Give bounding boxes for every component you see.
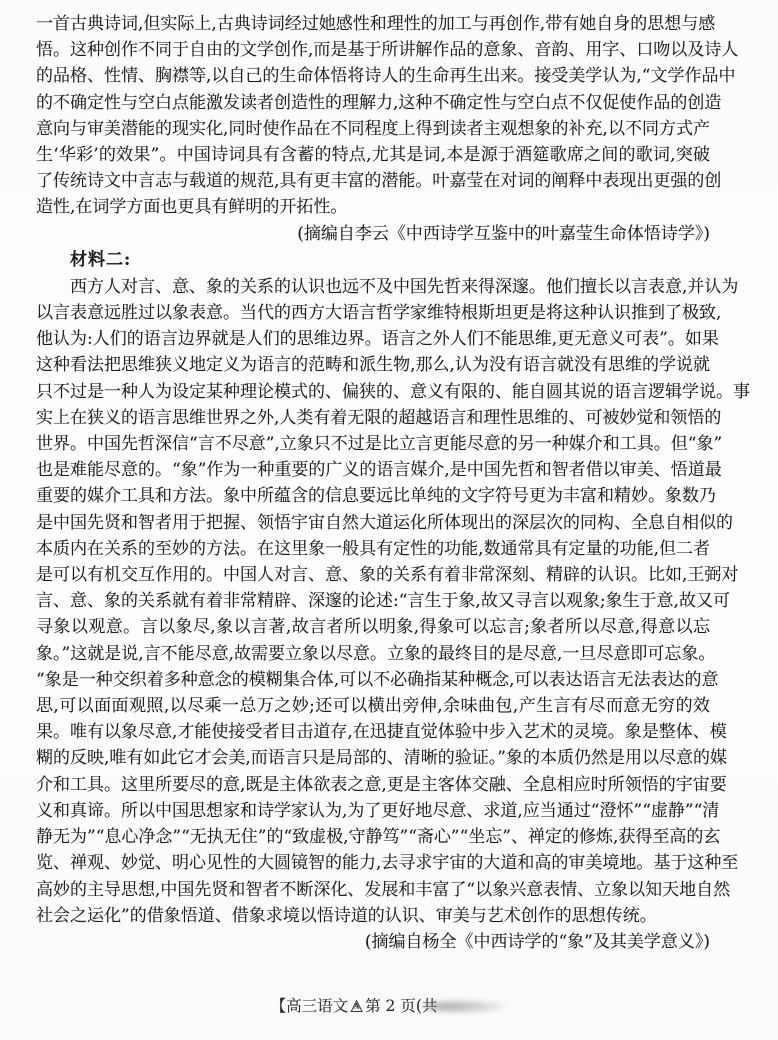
text-line: 悟。这种创作不同于自由的文学创作,而是基于所讲解作品的意象、音韵、用字、口吻以及… [36,37,710,63]
version-letter: A [354,1003,359,1010]
scanned-exam-page: 一首古典诗词,但实际上,古典诗词经过她感性和理性的加工与再创作,带有她自身的思想… [0,0,778,1040]
text-line: 高妙的主导思想,中国先贤和智者不断深化、发展和丰富了“以象兴意表情、立象以知天地… [36,877,710,903]
text-line: 览、禅观、妙觉、明心见性的大圆镜智的能力,去寻求宇宙的大道和高的审美境地。基于这… [36,850,710,876]
text-line: 生‘华彩’的效果”。中国诗词具有含蓄的特点,尤其是词,本是源于酒筵歌席之间的歌词… [36,142,710,168]
text-block: 一首古典诗词,但实际上,古典诗词经过她感性和理性的加工与再创作,带有她自身的思想… [36,11,710,955]
text-line: 介和工具。这里所要尽的意,既是主体欲表之意,更是主客体交融、全息相应时所领悟的宇… [36,772,710,798]
text-line: 的不确定性与空白点能激发读者创造性的理解力,这种不确定性与空白点不仅促使作品的创… [36,90,710,116]
text-line: 只不过是一种人为设定某种理论模式的、偏狭的、意义有限的、能自圆其说的语言逻辑学说… [36,379,710,405]
text-line: 本质内在关系的至妙的方法。在这里象一般具有定性的功能,数通常具有定量的功能,但二… [36,536,710,562]
text-line: 的品格、性情、胸襟等,以自己的生命体悟将诗人的生命再生出来。接受美学认为,“文学… [36,63,710,89]
text-line: 寻象以观意。言以象尽,象以言著,故言者所以明象,得象可以忘言;象者所以尽意,得意… [36,614,710,640]
text-line: 以言表意远胜过以象表意。当代的西方大语言哲学家维特根斯坦更是将这种认识推到了极致… [36,300,710,326]
text-line: “象是一种交织着多种意念的模糊集合体,可以不必确指某种概念,可以表达语言无法表达… [36,667,710,693]
material-two-paragraph: 西方人对言、意、象的关系的认识也远不及中国先哲来得深邃。他们擅长以言表意,并认为… [36,274,710,929]
text-line: 是可以有机交互作用的。中国人对言、意、象的关系有着非常深刻、精辟的认识。比如,王… [36,562,710,588]
text-line: 他认为:人们的语言边界就是人们的思维边界。语言之外人们不能思维,更无意义可表”。… [36,326,710,352]
text-line: 言、意、象的关系就有着非常精辟、深邃的论述:“言生于象,故又寻言以观象;象生于意… [36,588,710,614]
text-line: 思,可以面面观照,以尽乘一总万之妙;还可以横出旁伸,余味曲包,产生言有尽而意无穷… [36,693,710,719]
exam-version-marker: △ A [348,996,365,1014]
text-line: 也是难能尽意的。“象”作为一种重要的广义的语言媒介,是中国先哲和智者借以审美、悟… [36,457,710,483]
text-line: 重要的媒介工具和方法。象中所蕴含的信息要远比单纯的文字符号更为丰富和精妙。象数乃 [36,483,710,509]
text-line: 一首古典诗词,但实际上,古典诗词经过她感性和理性的加工与再创作,带有她自身的思想… [36,11,710,37]
material-two-attribution: (摘编自杨全《中西诗学的“象”及其美学意义》) [36,929,710,955]
text-line: 是中国先贤和智者用于把握、领悟宇宙自然大道运化所体现出的深层次的同构、全息自相似… [36,510,710,536]
material-two-heading: 材料二: [36,247,710,274]
text-line: 实上在狭义的语言思维世界之外,人类有着无限的超越语言和理性思维的、可被妙觉和领悟… [36,405,710,431]
text-line: 果。唯有以象尽意,才能使接受者目击道存,在迅捷直觉体验中步入艺术的灵境。象是整体… [36,719,710,745]
text-line: 义和真谛。所以中国思想家和诗学家认为,为了更好地尽意、求道,应当通过“澄怀”“虚… [36,798,710,824]
text-line: 西方人对言、意、象的关系的认识也远不及中国先哲来得深邃。他们擅长以言表意,并认为 [36,274,710,300]
text-line: 造性,在词学方面也更具有鲜明的开拓性。 [36,194,710,220]
text-line: 这种看法把思维狭义地定义为语言的范畴和派生物,那么,认为没有语言就没有思维的学说… [36,352,710,378]
footer-smudge [423,999,507,1014]
text-line: 社会之运化”的借象悟道、借象求境以悟诗道的认识、审美与艺术创作的思想传统。 [36,903,710,929]
text-line: 了传统诗文中言志与载道的规范,具有更丰富的潜能。叶嘉莹在对词的阐释中表现出更强的… [36,168,710,194]
text-line: 糊的反映,唯有如此它才会美,而语言只是局部的、清晰的验证。”象的本质仍然是用以尽… [36,745,710,771]
text-line: 静无为”“息心净念”“无执无住”的“致虚极,守静笃”“斋心”“坐忘”、禅定的修炼… [36,824,710,850]
text-line: 世界。中国先哲深信“言不尽意”,立象只不过是比立言更能尽意的另一种媒介和工具。但… [36,431,710,457]
material-one-attribution: (摘编自李云《中西诗学互鉴中的叶嘉莹生命体悟诗学》) [36,221,710,247]
text-line: 意向与审美潜能的现实化,同时使作品在不同程度上得到读者主观想象的补充,以不同方式… [36,116,710,142]
page-footer: 【高三语文 △ A 第 2 页(共 [0,994,778,1016]
text-line: 象。”这就是说,言不能尽意,故需要立象以尽意。立象的最终目的是尽意,一旦尽意即可… [36,641,710,667]
material-one-paragraph: 一首古典诗词,但实际上,古典诗词经过她感性和理性的加工与再创作,带有她自身的思想… [36,11,710,221]
footer-text-prefix: 【高三语文 [271,994,349,1016]
